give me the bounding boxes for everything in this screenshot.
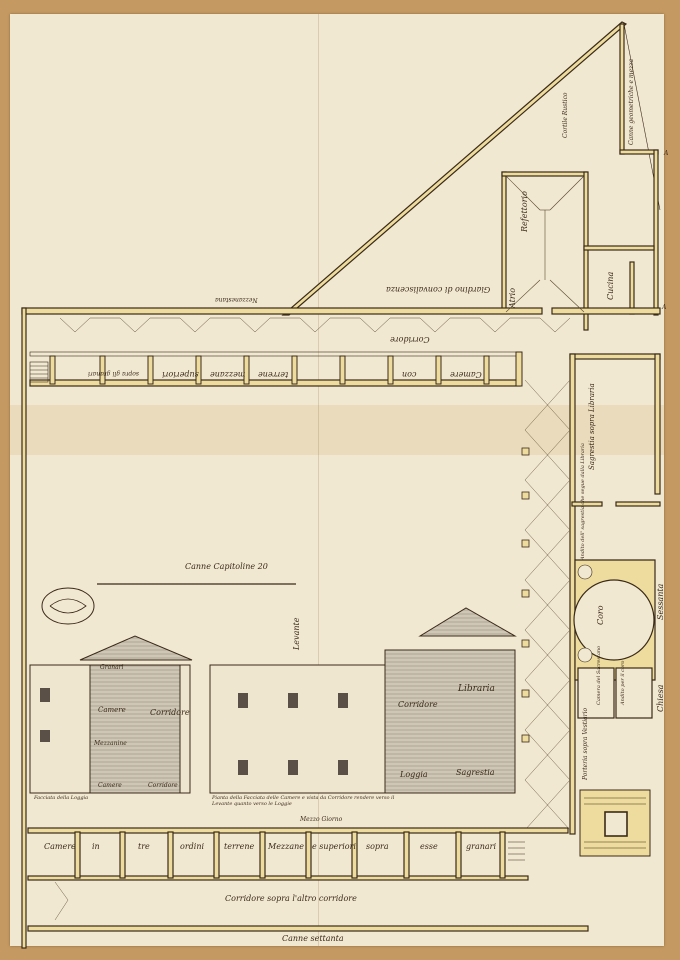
section-label-granari: Granari [100, 664, 123, 671]
section-label-loggia: Loggia [400, 770, 428, 779]
marker-a-1: A [664, 150, 668, 157]
label-sessanta: Sessanta [656, 584, 665, 620]
marker-a-2: A [662, 304, 666, 311]
section-label-corridore-2: Corridore [148, 782, 178, 789]
lower-label-6: e superiori [312, 842, 356, 851]
lower-label-0: Camere [44, 842, 76, 851]
room-label-cortile: Cortile Rustico [562, 92, 569, 138]
section-caption-left: Facciata della Loggia [34, 795, 88, 801]
label-upper-wing-7: terrene [258, 370, 288, 379]
section-label-camere-2: Camere [98, 782, 122, 789]
label-sagrestia-libraria: Sagrestia sopra Libraria [588, 383, 596, 470]
lower-corridor-label: Corridore sopra l'altro corridore [225, 894, 357, 903]
section-label-mezzanine: Mezzanine [94, 740, 127, 747]
label-annotation-top: Canne geometriche e mezza [628, 59, 635, 145]
label-upper-wing-4: con [402, 370, 416, 379]
label-upper-wing-8: mezzane [210, 370, 245, 379]
label-coro: Coro [596, 605, 605, 625]
section-caption-middle: Pianta della Facciata delle Camere e vis… [212, 795, 412, 807]
room-label-refettorio: Refettorio [520, 191, 529, 232]
lower-label-1: in [92, 842, 100, 851]
lower-label-3: ordini [180, 842, 204, 851]
label-camera-sacrestano: Camera del Sacrestano [596, 646, 602, 705]
label-upper-wing-3: Camere [450, 370, 482, 379]
section-label-libraria: Libraria [458, 684, 495, 694]
lower-label-4: terrene [224, 842, 254, 851]
label-mezzo-giorno: Mezzo Giorno [300, 816, 342, 823]
label-upper-wing-10: superiori [162, 370, 199, 379]
label-andito-sagrestia: Andito dell' sagrestia che segue dalla L… [580, 443, 586, 560]
label-chiesa: Chiesa [656, 685, 665, 712]
lower-label-9: granari [466, 842, 496, 851]
scale-label: Canne Capitoline 20 [185, 562, 268, 571]
label-levante: Levante [292, 618, 301, 650]
section-label-sagrestia: Sagrestia [456, 768, 495, 777]
lower-label-7: sopra [366, 842, 389, 851]
bottom-label: Canne settanta [282, 934, 344, 943]
label-giardino: Giardino di convaliscenza [386, 285, 490, 294]
label-porteria: Porteria sopra Vestiario [582, 708, 589, 780]
lower-label-2: tre [138, 842, 150, 851]
room-label-cucina: Cucina [606, 272, 615, 300]
section-label-corridore: Corridore [150, 708, 190, 717]
label-upper-wing-0: Corridore [390, 335, 430, 344]
lower-label-8: esse [420, 842, 438, 851]
label-nezzanestana: Nezzanestana [215, 296, 258, 303]
label-upper-wing-11: sopra gli granari [88, 370, 139, 377]
label-andito-coro: Andito per il coro [620, 661, 626, 705]
section-label-corridore-right: Corridore [398, 700, 438, 709]
room-label-atrio: Atrio [508, 288, 517, 308]
lower-label-5: Mezzane [268, 842, 304, 851]
section-label-camere: Camere [98, 706, 126, 714]
